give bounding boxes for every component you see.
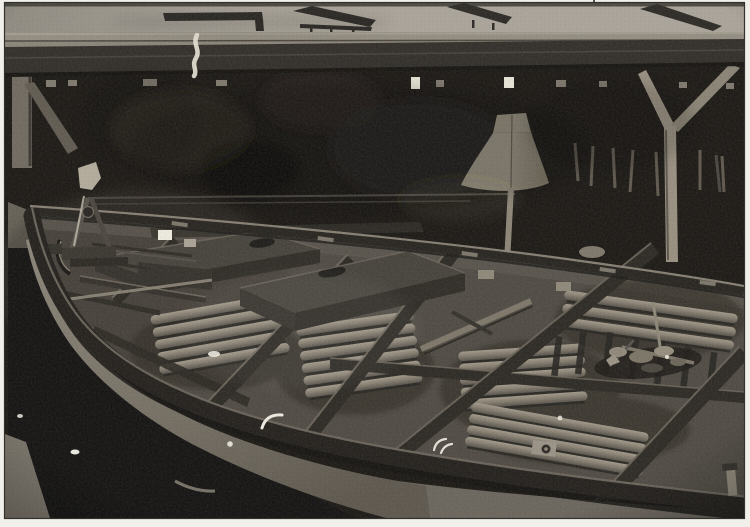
vignette <box>5 3 744 518</box>
photo-canvas: Round-bowed pontoon hull resting on log … <box>0 0 750 527</box>
photo-content <box>0 3 746 522</box>
halftone-photograph: Round-bowed pontoon hull resting on log … <box>0 0 750 527</box>
